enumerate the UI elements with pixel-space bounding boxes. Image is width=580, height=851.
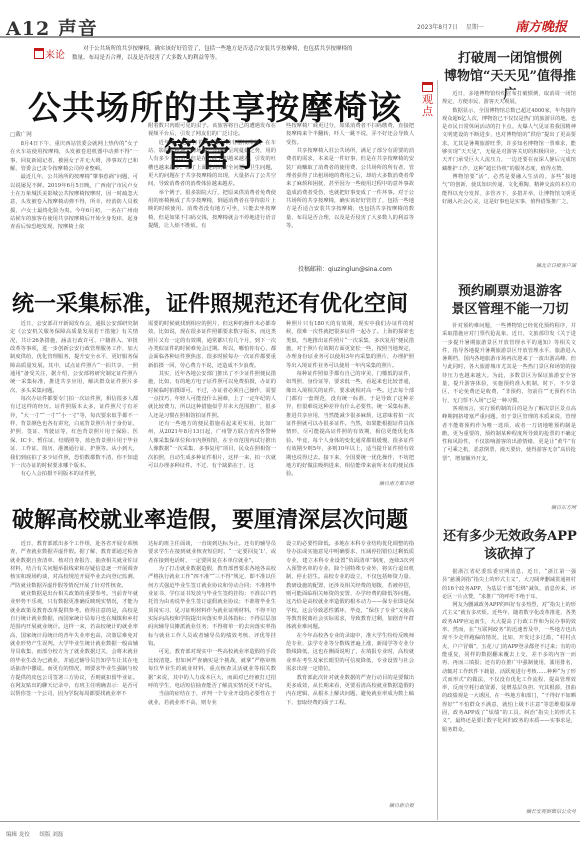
paragraph: 博物馆要“活”，必然是要融入生活的。多些“接地气”的创新，使其知识传递、文化熏陶…: [442, 173, 576, 206]
sidebar-article3-source: 摘长安观察微信公众号: [442, 808, 576, 815]
paragraph: 针对预约难问题，一些博物馆已经优化预约程序，并采取措施应对门票代抢乱象。近日，文…: [442, 322, 576, 405]
paragraph: 附着数只肉眼可见的虫子。该旅客将自己的遭遇发布在视频平台后，引发了网友们的广泛讨…: [148, 122, 276, 139]
editor-label: 编辑: [6, 832, 17, 838]
lead-text: 对于公共场所的共享按摩椅，确实该好好管管了，包括一些地方是否适合安装共享按摩椅，…: [72, 45, 357, 63]
article2-source: 摘自南方都市报: [286, 480, 414, 487]
bottom-divider: [0, 821, 580, 822]
article1-column-1: 8月4日下午，重庆西站管委会就网上热传的“女子在火车站使用按摩椅，头发被卷进机器…: [10, 140, 138, 272]
paragraph: 为了打击就业数据造假，教育部曾要求各地各高校严格执行就业工作“四不准”“三不得”…: [148, 565, 276, 648]
lead-summary: 对于公共场所的共享按摩椅，确实该好好管管了，包括一些地方是否适合安装共享按摩椅，…: [72, 45, 357, 63]
article1-column-3: 些按摩椅厂商更过分，如果消费者不扫码缴费，直接把按摩椅来个半翻转，吓人一跳不说，…: [286, 122, 414, 264]
paragraph: 共享按摩椅入驻公共场所，满足了部分有需要的消费者的需求，本来是一件好事，但是在共…: [286, 147, 414, 230]
top-divider: [0, 36, 580, 38]
headline-line: 该砍掉了: [440, 546, 580, 564]
sidebar-article1-source: 摘北京日报客户端: [442, 262, 576, 269]
paragraph: 种照片只有180天的有效期，现实中我们办证件的时候，很难一次性就把很多证件一起办…: [286, 320, 414, 370]
article3-column-1: 近日，教育部派出多个工作组，赴各省开展专项核查，严查就业数据弄虚作假。据了解，教…: [10, 540, 138, 810]
paragraph: 些按摩椅厂商更过分，如果消费者不扫码缴费，直接把按摩椅来个半翻转，吓人一跳不说，…: [286, 122, 414, 147]
article1-contact-email: 投稿邮箱：qiuzinglun@sina.com: [298, 264, 392, 273]
paragraph: 其实，近年各地公安部门推出了不少证件照便民措施，比如，有的地方电子证件照可以免费…: [148, 370, 276, 420]
paragraph: 当前的症结在于，评判一个专业开设的必要性在于就业，若就业率不高，则专业: [148, 690, 276, 707]
headline-line: 景区管理不能一刀切: [440, 301, 580, 319]
issue-date: 2023年8月7日 星期一: [417, 22, 484, 31]
paragraph: 最近几年，公共场所的按摩椅“肇事惹祸”问题，可以说屡见不鲜。2019年6月5日晚…: [10, 173, 138, 231]
paragraph: 达标的班主任面谈，一直谈到达标为止。还有的辅导员要求学生在接到就业核查短信时，“…: [148, 540, 276, 565]
paragraph: 客观而言，实行预约制的目的是为了解决景区景点高峰期拥挤堵塞严重问题。但于景区管理…: [442, 405, 576, 463]
newspaper-logo: 南方晚报: [515, 16, 567, 35]
section-tag-guandian: 观点: [422, 82, 434, 118]
sidebar-divider: [437, 80, 438, 820]
sidebar-article3-headline: 还有多少无效政务APP 该砍掉了: [440, 528, 580, 564]
paragraph: 有心人会拍摄不同版本的证件照，: [10, 470, 138, 478]
paragraph: 每次办证件都要专门拍一次证件照，相信很多人都有过这样的经历。证件照版本太多，证件…: [10, 395, 138, 470]
paragraph: 教育部此次针对就业数据的严查行动目的是要做出更多成效，从长期来看，更要看清高校就…: [286, 674, 414, 707]
sidebar-article1-body: 近日，多地博物馆纷纷宣布打破惯例，取消周一闭馆规定，方便市民、游客天天观展。 数…: [442, 90, 576, 260]
article3-column-2: 达标的班主任面谈，一直谈到达标为止。还有的辅导员要求学生在接到就业核查短信时，“…: [148, 540, 276, 810]
sidebar-article2-body: 针对预约难问题，一些博物馆已经优化预约程序，并采取措施应对门票代抢乱象。近日，文…: [442, 322, 576, 504]
paragraph: 近年来，这种打着共享旗号的有偿按摩椅，在车站、影院、机场、商场等公共场所呈现蔓延…: [148, 139, 276, 189]
paragraph: 数据显示，全国博物馆总数已超过4000家，年均接待观众超6亿人次，博物馆已不仅仅…: [442, 107, 576, 173]
headline-line: 打破周一闭馆惯例: [440, 50, 580, 68]
weekday-text: 星期一: [466, 24, 484, 31]
paragraph: 设立的必要性降低。多地在本科专业结构优化调整的指导办法或实施意见中明确要求，压减…: [286, 540, 414, 632]
section-tag-label: 来论: [45, 50, 65, 61]
paragraph: 就业数据是出台相关政策的重要参考。当前青年就业形势不乐观，只有数据更准确反映现实…: [10, 590, 138, 698]
designer-label: 组版: [40, 832, 51, 838]
article2-column-3: 种照片只有180天的有效期，现实中我们办证件的时候，很难一次性就把很多证件一起办…: [286, 320, 414, 480]
headline-line: 预约刷票劝退游客: [440, 283, 580, 301]
paragraph: 在今年高校各专业的录取中，准大学生纷纷反映师范专业、法学专业等分数线普遍上涨，新…: [286, 632, 414, 674]
tag-box-icon: [34, 48, 44, 59]
article3-headline: 破解高校就业率造假，要厘清深层次问题: [10, 503, 410, 534]
paragraph: 8月4日下午，重庆西站管委会就网上热传的“女子在火车站使用按摩椅，头发被卷进机器…: [10, 140, 138, 173]
paragraph: 近日，教育部派出多个工作组，赴各省开展专项核查，严查就业数据弄虚作假。据了解，教…: [10, 540, 138, 590]
article1-byline: □戴广网: [10, 130, 32, 138]
paragraph: 网友为删减政务APP的叫好有多热烈，对“指尖上的形式主义”就有多厌烦。近些年，随…: [442, 601, 576, 734]
paragraph: 还有一些地方的便民措施看起来更实用，比如广州，从2021年8月13日起，广州警方…: [148, 420, 276, 470]
paragraph: 举个例子，很多影院大厅，把原来供消费者免费使用的座椅换成了共享按摩椅，倒逼消费者…: [148, 189, 276, 231]
date-text: 2023年8月7日: [417, 24, 458, 31]
paragraph: 可见，教育部对现实中一些高校就业率造假的手段比较清楚。但如何严查确实是个挑战，就…: [148, 648, 276, 690]
sidebar-article2-headline: 预约刷票劝退游客 景区管理不能一刀切: [440, 283, 580, 319]
tag-box-icon: [422, 82, 433, 92]
article2-column-1: 近日，公安部召开新闻发布会，通报公安部研究制定《公安机关服务保障高质量发展若干措…: [10, 320, 138, 490]
editor-name: 龙佼: [19, 832, 30, 838]
sidebar-article3-body: 据浙江省纪委监委官网消息，近日，“浙江第一强县”慈溪剑指“指尖上的形式主义”，大…: [442, 568, 576, 806]
section-tag-lailun: 来论: [34, 46, 65, 61]
paragraph: 近日，公安部召开新闻发布会，通报公安部研究制定《公安机关服务保障高质量发展若干措…: [10, 320, 138, 395]
article3-column-3: 设立的必要性降低。多地在本科专业结构优化调整的指导办法或实施意见中明确要求，压减…: [286, 540, 414, 802]
article2-headline: 统一采集标准，证件照规范还有优化空间: [10, 287, 410, 318]
paragraph: 每种证件照似乎都有自己的审美，门槛低的证件，如驾照、身份证等，要求低一些，看起来…: [286, 370, 414, 478]
paragraph: 近日，多地博物馆纷纷宣布打破惯例，取消周一闭馆规定，方便市民、游客天天观展。: [442, 90, 576, 107]
headline-line: 还有多少无效政务APP: [440, 528, 580, 546]
article3-source: 摘自新京报: [286, 802, 414, 809]
paragraph: 需要的时候就找到相应的照片，但这种的操作未必都奏效，比如说，现在很多证件照都要求…: [148, 320, 276, 370]
sidebar-article2-source: 摘自东方网: [442, 504, 576, 511]
designer-name: 刘磊: [52, 832, 63, 838]
paragraph: 据浙江省纪委监委官网消息，近日，“浙江第一强县”慈溪剑指“指尖上的形式主义”，大…: [442, 568, 576, 601]
article2-column-2: 需要的时候就找到相应的照片，但这种的操作未必都奏效，比如说，现在很多证件照都要求…: [148, 320, 276, 490]
section-tag-label: 观点: [422, 93, 433, 118]
article1-column-2: 附着数只肉眼可见的虫子。该旅客将自己的遭遇发布在视频平台后，引发了网友们的广泛讨…: [148, 122, 276, 272]
credits: 编辑 龙佼 组版 刘磊: [6, 830, 63, 838]
